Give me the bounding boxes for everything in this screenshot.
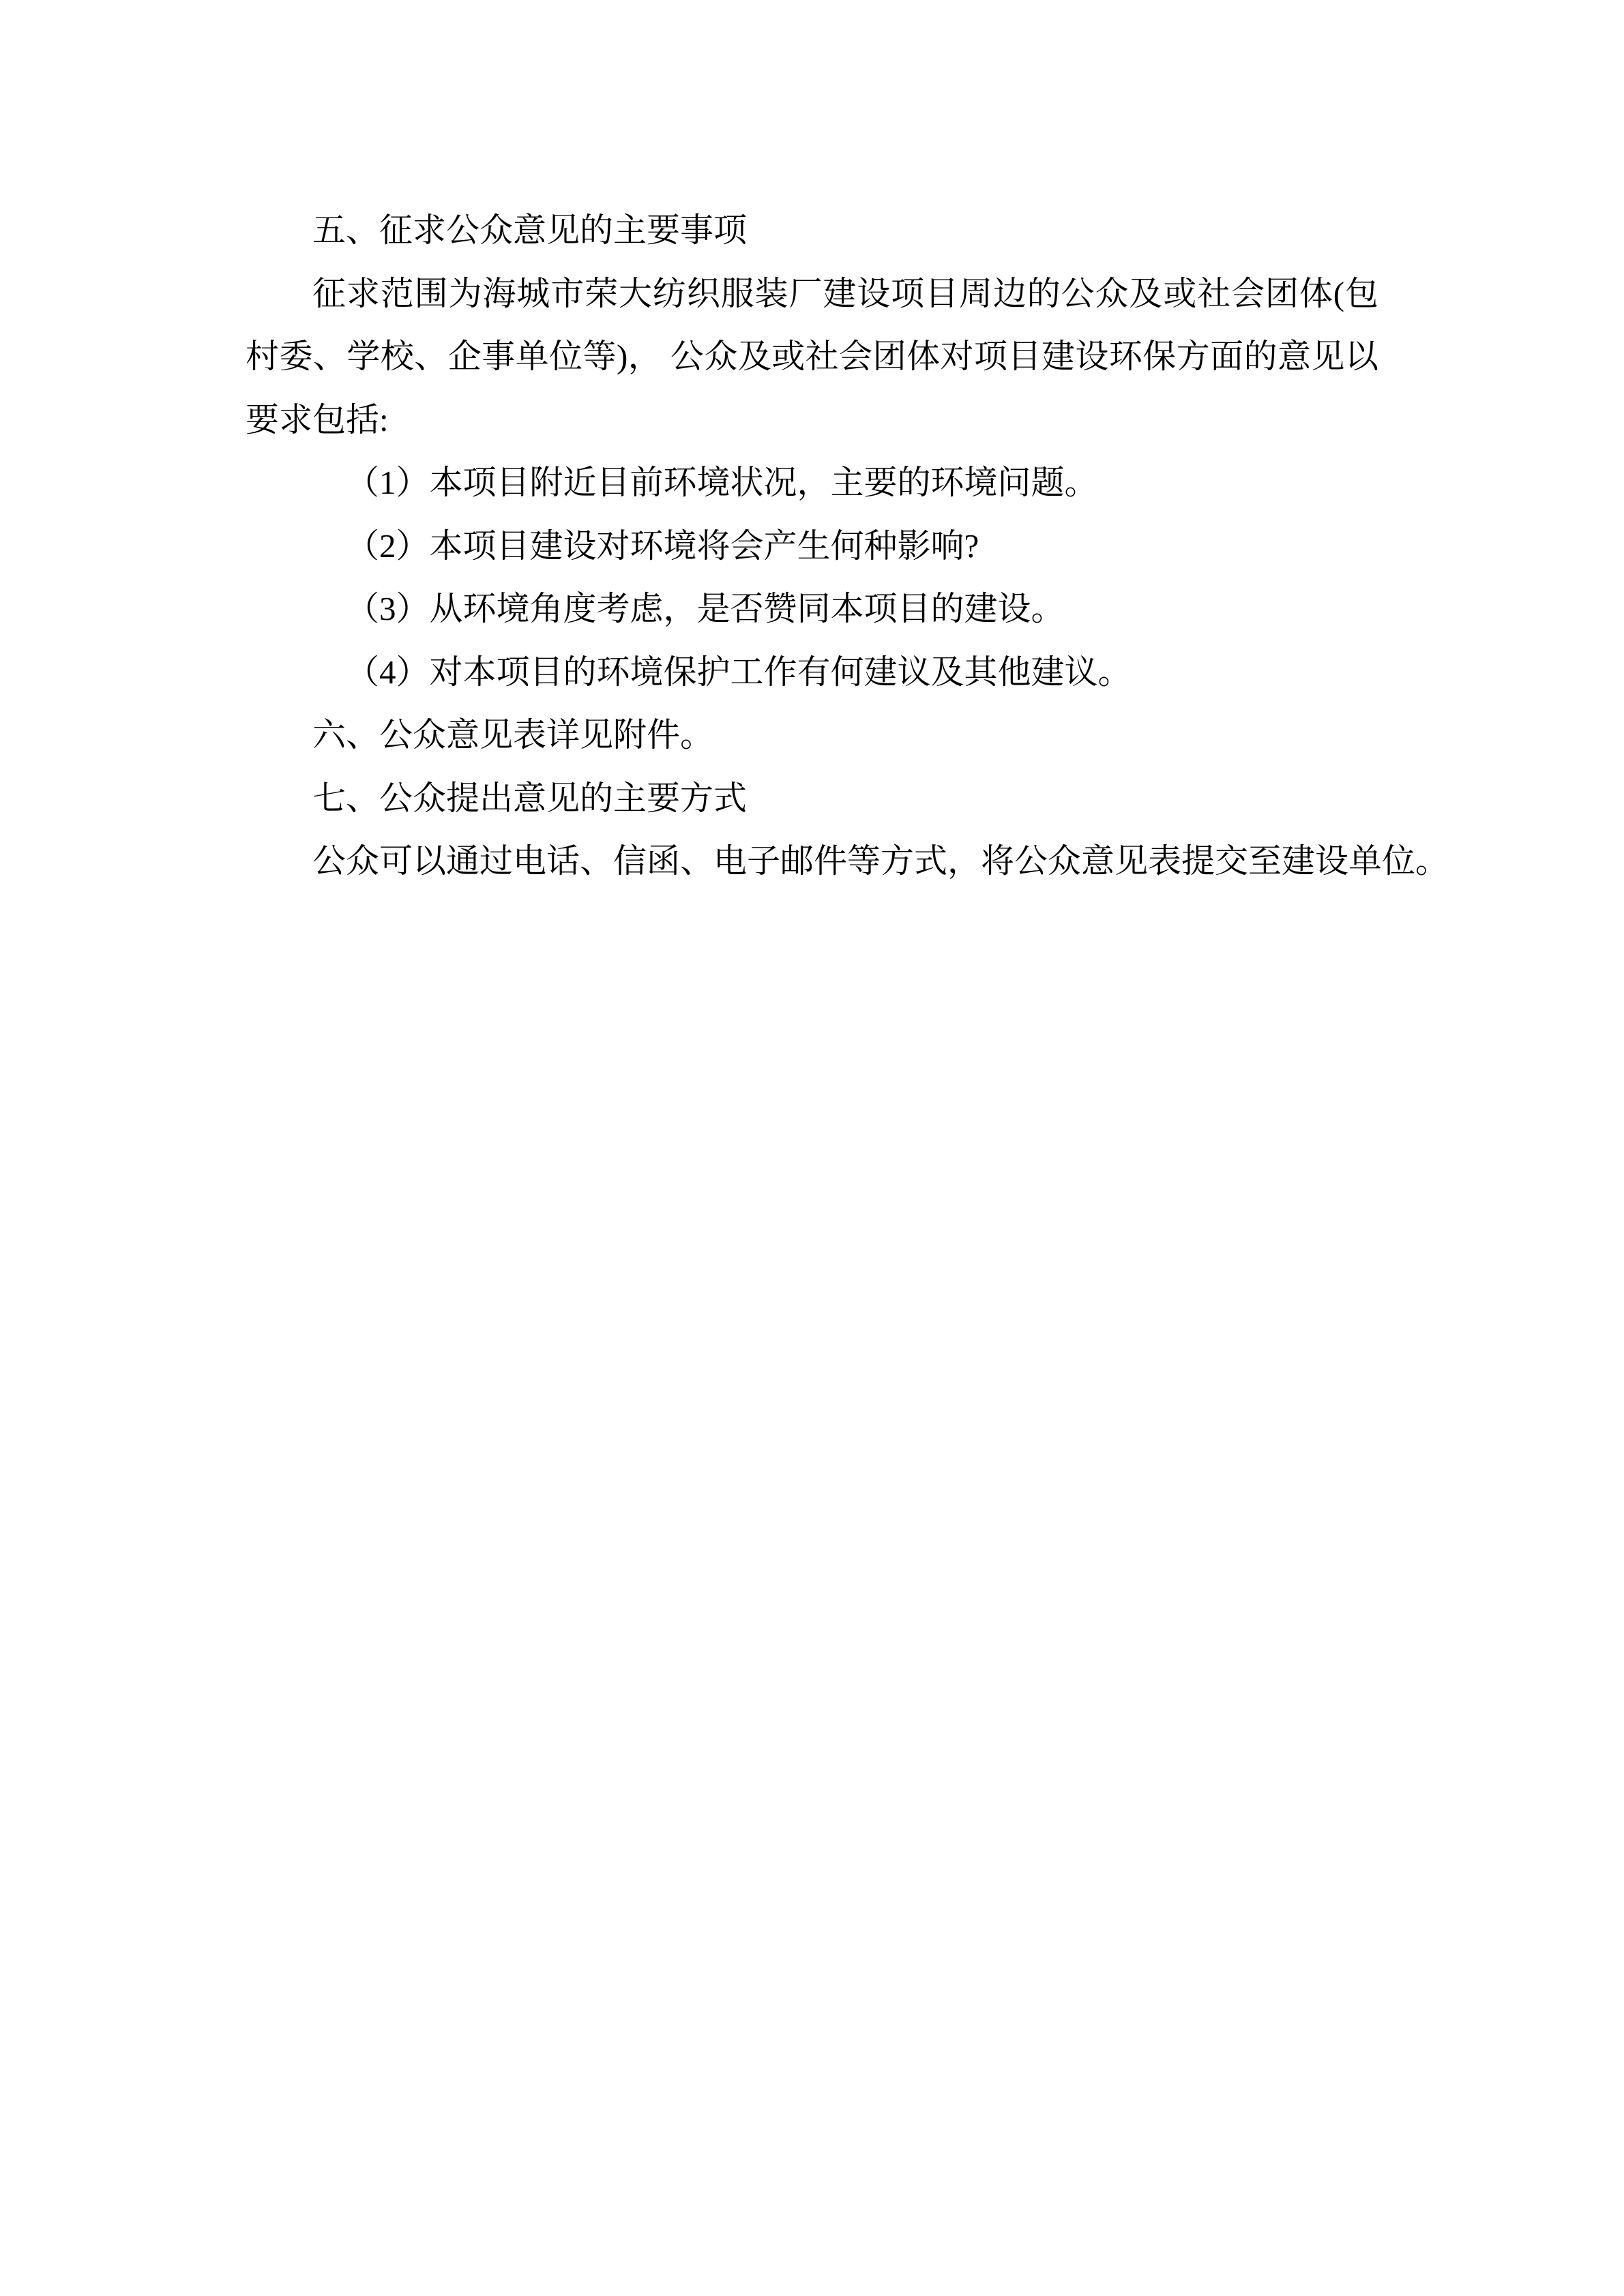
- question-item-4: （4）对本项目的环境保护工作有何建议及其他建议。: [246, 641, 1378, 704]
- question-item-2: （2）本项目建设对环境将会产生何种影响?: [246, 515, 1378, 578]
- document-page: 五、征求公众意见的主要事项 征求范围为海城市荣大纺织服装厂建设项目周边的公众及或…: [0, 0, 1624, 2296]
- scope-paragraph-line-2: 村委、学校、企事单位等)， 公众及或社会团体对项目建设环保方面的意见以及: [246, 325, 1378, 389]
- section-5-heading: 五、征求公众意见的主要事项: [246, 199, 1378, 263]
- submission-paragraph: 公众可以通过电话、信函、电子邮件等方式，将公众意见表提交至建设单位。: [246, 830, 1378, 893]
- scope-paragraph-line-1: 征求范围为海城市荣大纺织服装厂建设项目周边的公众及或社会团体(包括:: [246, 263, 1378, 326]
- question-item-1: （1）本项目附近目前环境状况，主要的环境问题。: [246, 451, 1378, 515]
- question-item-3: （3）从环境角度考虑，是否赞同本项目的建设。: [246, 578, 1378, 641]
- scope-paragraph-line-3: 要求包括:: [246, 389, 1378, 452]
- section-7-heading: 七、公众提出意见的主要方式: [246, 767, 1378, 831]
- section-6-heading: 六、公众意见表详见附件。: [246, 704, 1378, 767]
